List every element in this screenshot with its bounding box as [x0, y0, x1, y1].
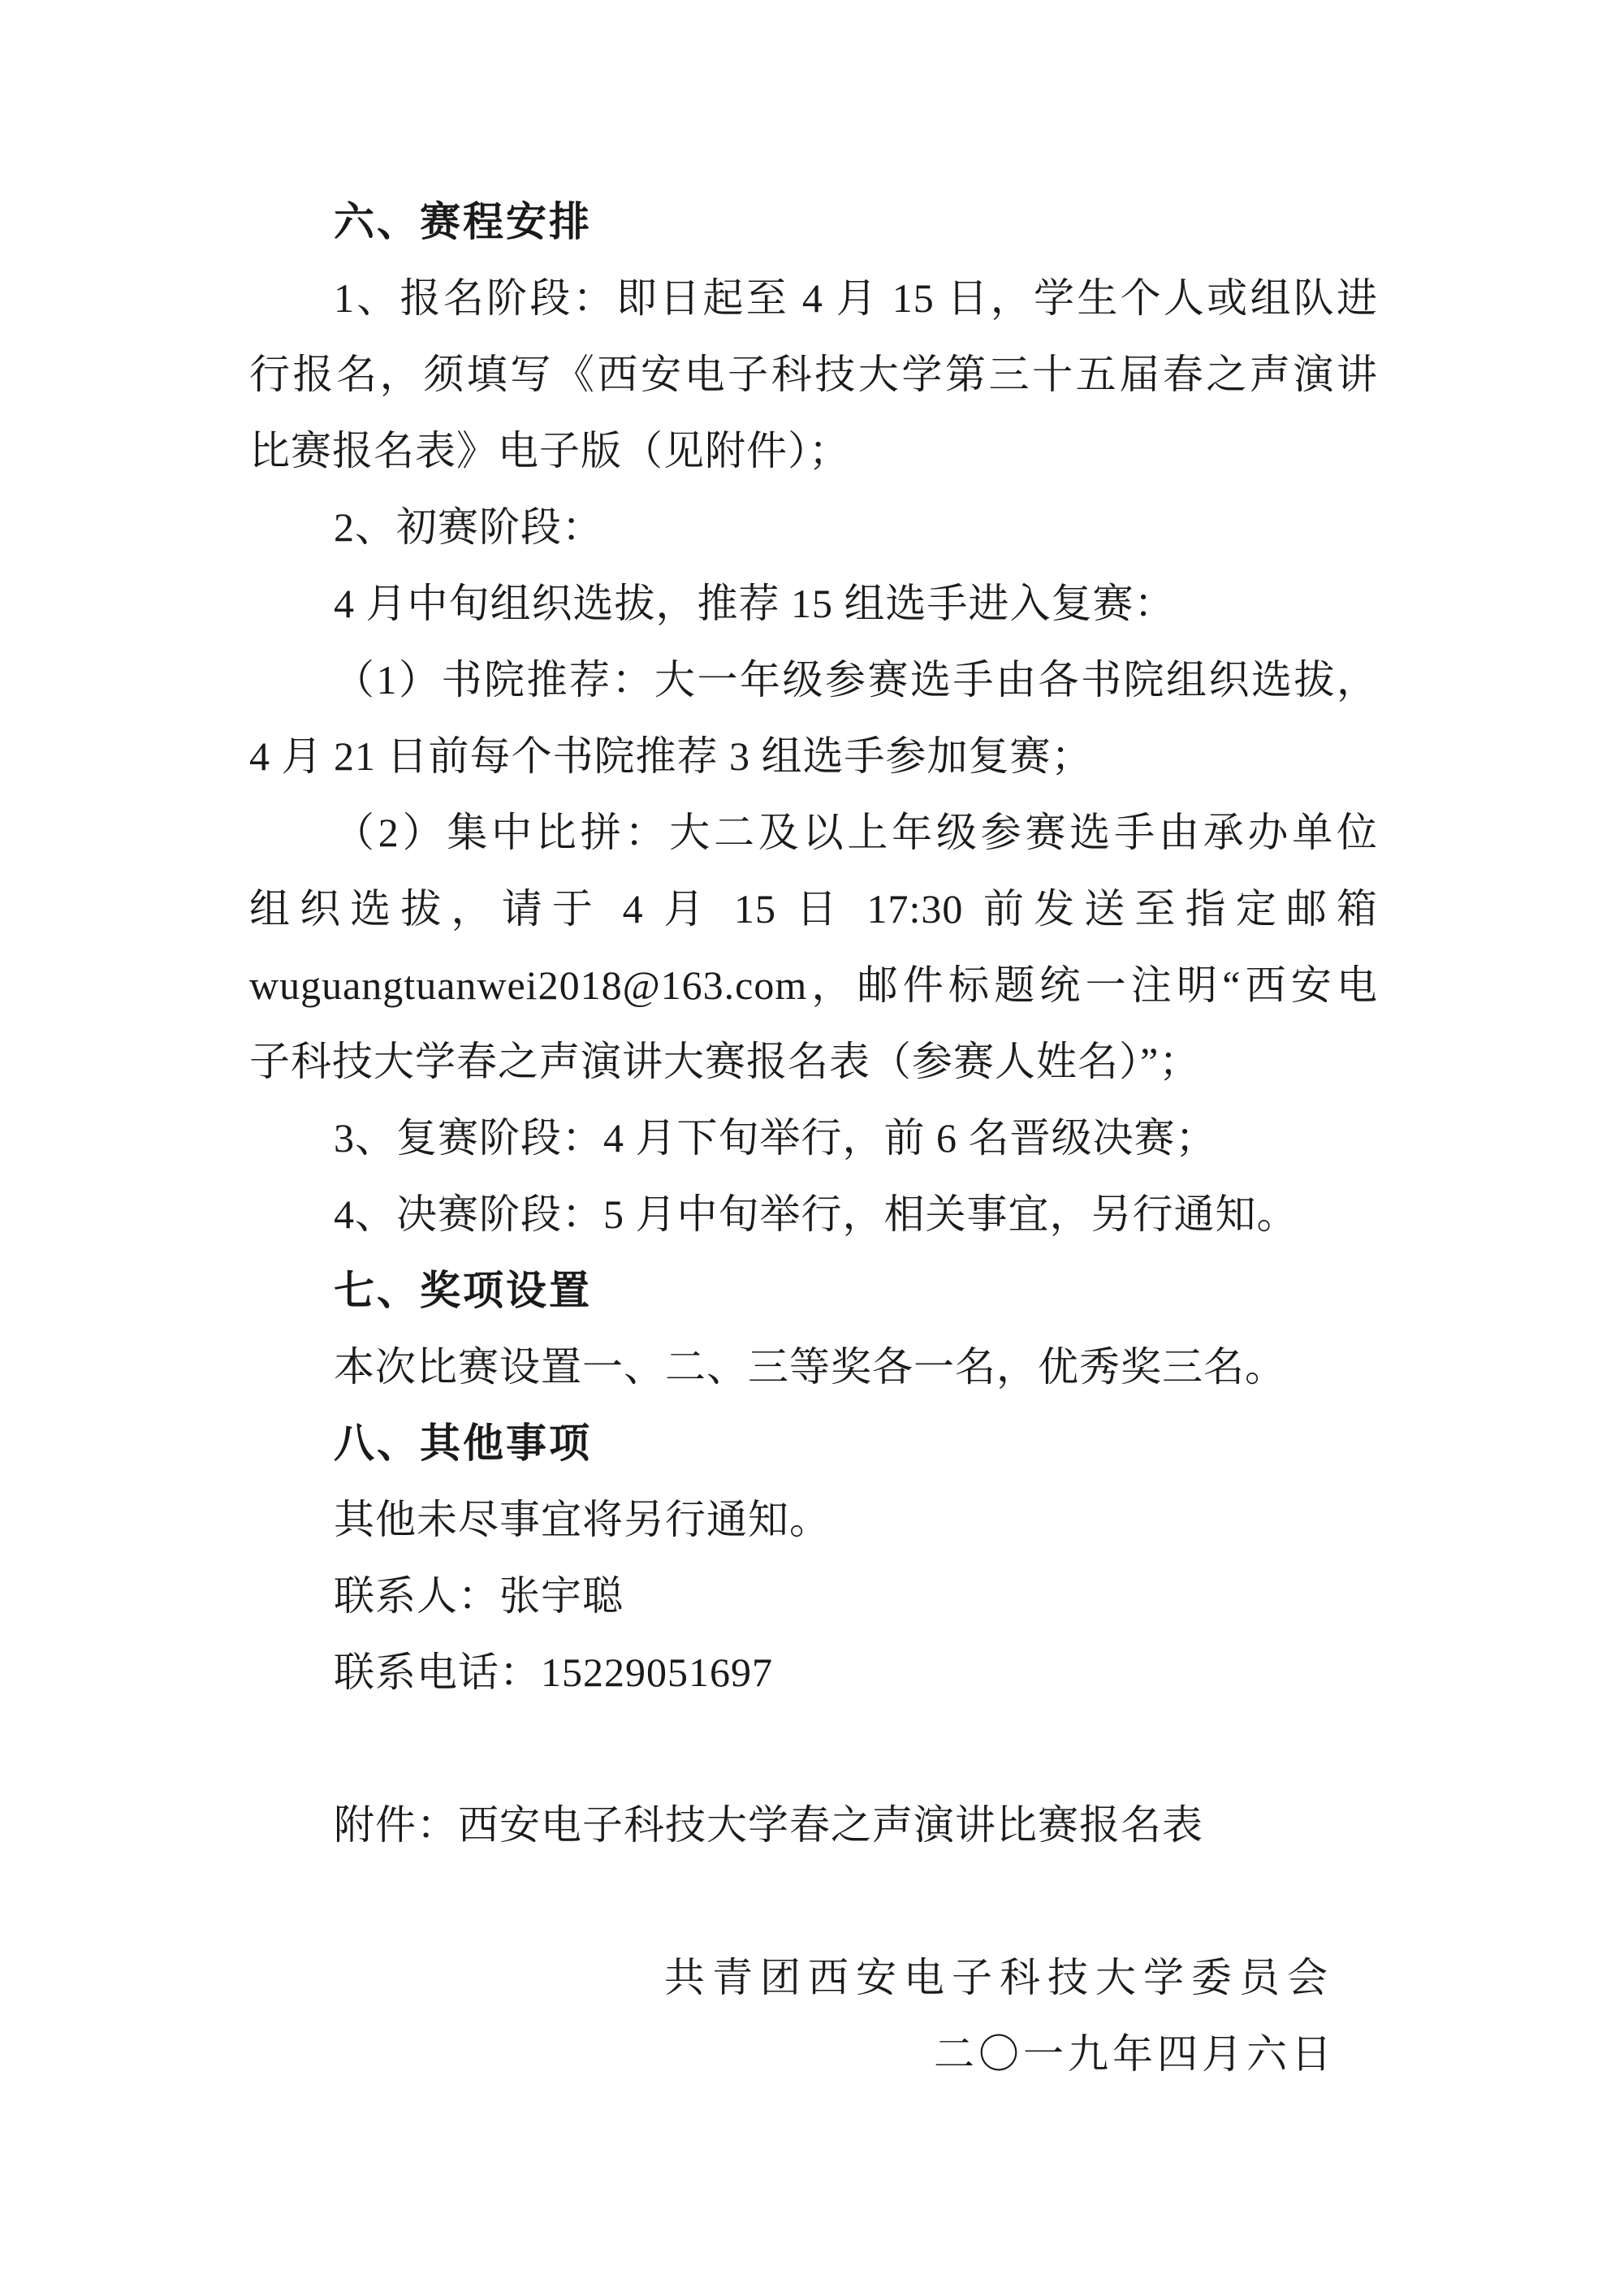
- para-academy-line-1: （1）书院推荐：大一年级参赛选手由各书院组织选拔，: [249, 642, 1378, 718]
- para-academy-line-2: 4 月 21 日前每个书院推荐 3 组选手参加复赛；: [249, 718, 1378, 794]
- para-signup-line-2: 行报名，须填写《西安电子科技大学第三十五届春之声演讲: [249, 336, 1378, 413]
- para-prelim-intro: 4 月中旬组织选拔，推荐 15 组选手进入复赛：: [249, 565, 1378, 642]
- contact-person: 联系人：张宇聪: [249, 1558, 1378, 1634]
- attachment-note: 附件：西安电子科技大学春之声演讲比赛报名表: [249, 1787, 1378, 1863]
- document-page: 六、赛程安排1、报名阶段：即日起至 4 月 15 日，学生个人或组队进行报名，须…: [0, 0, 1624, 2296]
- heading-section-8: 八、其他事项: [249, 1405, 1378, 1481]
- blank-line-2: [249, 1863, 1378, 1939]
- blank-line-1: [249, 1710, 1378, 1787]
- heading-section-6: 六、赛程安排: [249, 184, 1378, 260]
- signature-org: 共青团西安电子科技大学委员会: [249, 1939, 1378, 2016]
- para-awards: 本次比赛设置一、二、三等奖各一名，优秀奖三名。: [249, 1329, 1378, 1405]
- heading-section-7: 七、奖项设置: [249, 1252, 1378, 1329]
- para-prelim-title: 2、初赛阶段：: [249, 489, 1378, 565]
- signature-date: 二〇一九年四月六日: [249, 2016, 1378, 2092]
- para-final: 4、决赛阶段：5 月中旬举行，相关事宜，另行通知。: [249, 1176, 1378, 1252]
- para-signup-line-1: 1、报名阶段：即日起至 4 月 15 日，学生个人或组队进: [249, 260, 1378, 336]
- contact-phone: 联系电话：15229051697: [249, 1634, 1378, 1710]
- document-content: 六、赛程安排1、报名阶段：即日起至 4 月 15 日，学生个人或组队进行报名，须…: [249, 184, 1378, 2092]
- para-central-line-4: 子科技大学春之声演讲大赛报名表（参赛人姓名）”；: [249, 1023, 1378, 1100]
- para-central-line-3: wuguangtuanwei2018@163.com，邮件标题统一注明“西安电: [249, 947, 1378, 1023]
- para-misc: 其他未尽事宜将另行通知。: [249, 1481, 1378, 1558]
- para-semifinal: 3、复赛阶段：4 月下旬举行，前 6 名晋级决赛；: [249, 1100, 1378, 1176]
- para-signup-line-3: 比赛报名表》电子版（见附件）；: [249, 413, 1378, 489]
- para-central-line-1: （2）集中比拼：大二及以上年级参赛选手由承办单位: [249, 794, 1378, 871]
- para-central-line-2: 组织选拔，请于 4 月 15 日 17:30 前发送至指定邮箱: [249, 871, 1378, 947]
